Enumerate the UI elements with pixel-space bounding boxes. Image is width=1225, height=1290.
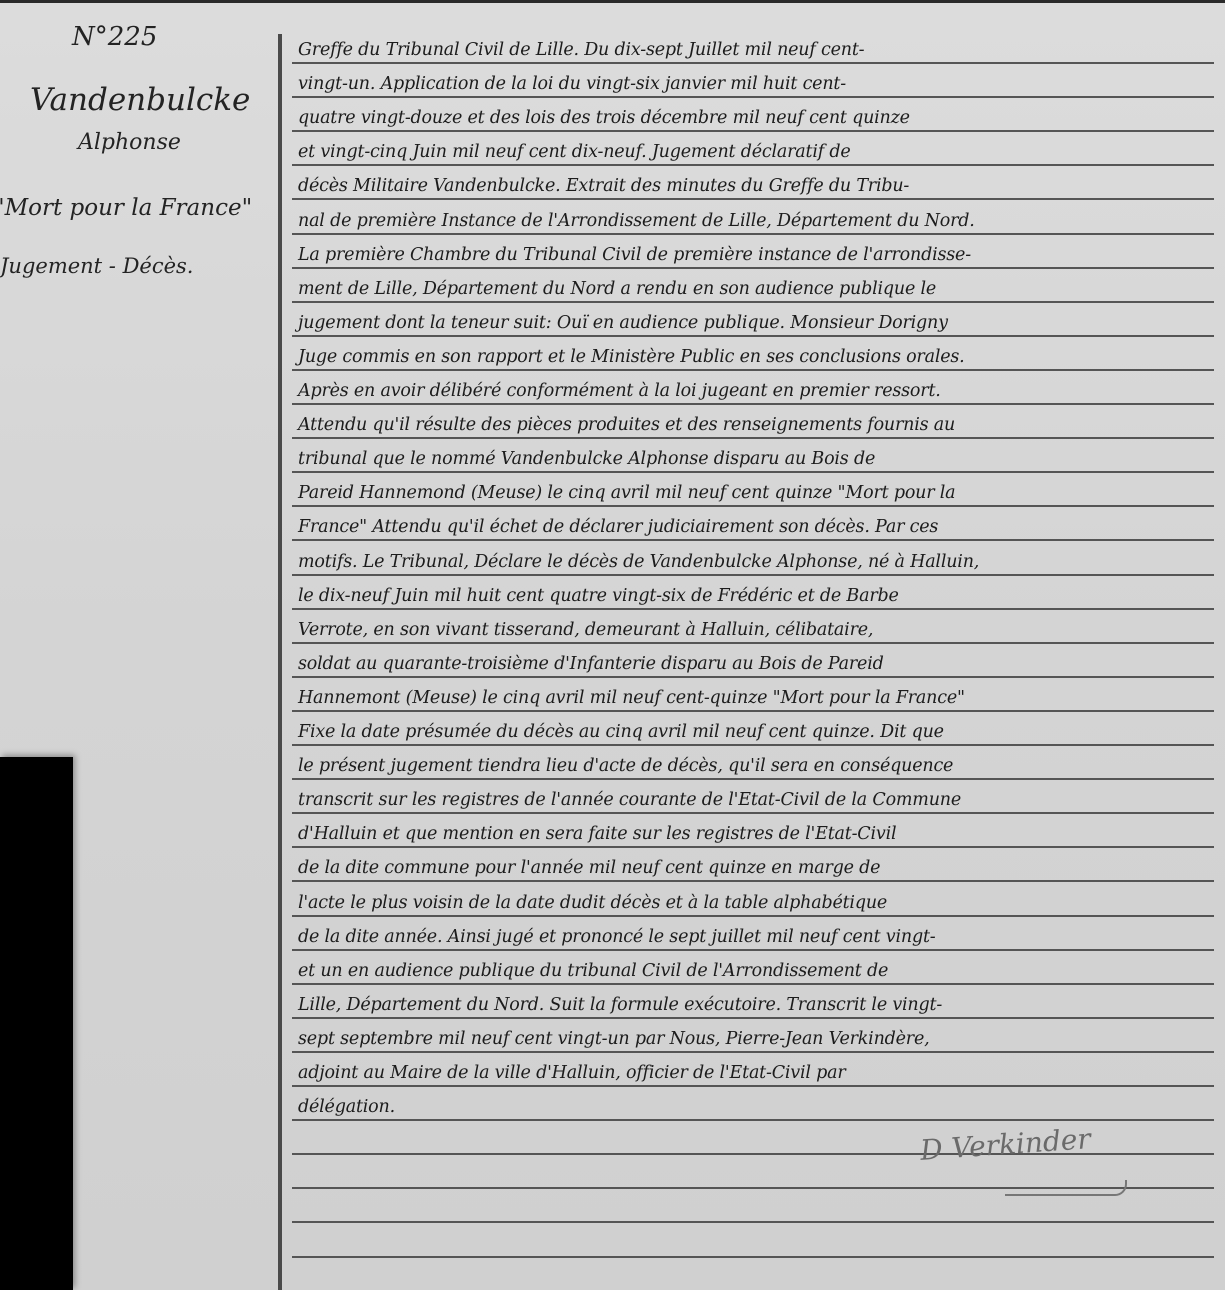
act-type: Jugement - Décès. — [0, 254, 193, 278]
text-line: délégation. — [292, 1087, 1214, 1121]
line-text: Verrote, en son vivant tisserand, demeur… — [298, 620, 873, 640]
text-line: ment de Lille, Département du Nord a ren… — [292, 269, 1214, 303]
text-line: La première Chambre du Tribunal Civil de… — [292, 235, 1214, 269]
line-text: Hannemont (Meuse) le cinq avril mil neuf… — [298, 688, 965, 708]
line-text: le dix-neuf Juin mil huit cent quatre vi… — [298, 586, 899, 606]
line-text: le présent jugement tiendra lieu d'acte … — [298, 756, 953, 776]
text-line: Juge commis en son rapport et le Ministè… — [292, 337, 1214, 371]
text-line: d'Halluin et que mention en sera faite s… — [292, 814, 1214, 848]
line-text: quatre vingt-douze et des lois des trois… — [298, 108, 910, 128]
line-text: et un en audience publique du tribunal C… — [298, 961, 888, 981]
line-text: Pareid Hannemond (Meuse) le cinq avril m… — [298, 483, 955, 503]
text-line: Hannemont (Meuse) le cinq avril mil neuf… — [292, 678, 1214, 712]
text-line: le dix-neuf Juin mil huit cent quatre vi… — [292, 576, 1214, 610]
scan-redaction-block — [0, 757, 73, 1290]
text-line: quatre vingt-douze et des lois des trois… — [292, 98, 1214, 132]
margin-rule — [278, 34, 282, 1290]
text-line: de la dite commune pour l'année mil neuf… — [292, 848, 1214, 882]
line-text: et vingt-cinq Juin mil neuf cent dix-neu… — [298, 142, 851, 162]
text-line: adjoint au Maire de la ville d'Halluin, … — [292, 1053, 1214, 1087]
line-text: Après en avoir délibéré conformément à l… — [298, 381, 941, 401]
line-text: Attendu qu'il résulte des pièces produit… — [298, 415, 955, 435]
text-line: motifs. Le Tribunal, Déclare le décès de… — [292, 542, 1214, 576]
line-text: Greffe du Tribunal Civil de Lille. Du di… — [298, 40, 864, 60]
line-text: de la dite année. Ainsi jugé et prononcé… — [298, 927, 936, 947]
text-line: Verrote, en son vivant tisserand, demeur… — [292, 610, 1214, 644]
text-line: Attendu qu'il résulte des pièces produit… — [292, 405, 1214, 439]
line-text: France" Attendu qu'il échet de déclarer … — [298, 517, 938, 537]
line-text: transcrit sur les registres de l'année c… — [298, 790, 961, 810]
register-page: N°225 Vandenbulcke Alphonse "Mort pour l… — [0, 0, 1225, 1290]
text-line: transcrit sur les registres de l'année c… — [292, 780, 1214, 814]
text-line: décès Militaire Vandenbulcke. Extrait de… — [292, 166, 1214, 200]
line-text: sept septembre mil neuf cent vingt-un pa… — [298, 1029, 930, 1049]
line-text: tribunal que le nommé Vandenbulcke Alpho… — [298, 449, 875, 469]
line-text: Juge commis en son rapport et le Ministè… — [298, 347, 965, 367]
line-text: décès Militaire Vandenbulcke. Extrait de… — [298, 176, 909, 196]
text-line: Pareid Hannemond (Meuse) le cinq avril m… — [292, 473, 1214, 507]
text-line: France" Attendu qu'il échet de déclarer … — [292, 507, 1214, 541]
line-text: l'acte le plus voisin de la date dudit d… — [298, 893, 887, 913]
line-text: jugement dont la teneur suit: Ouï en aud… — [298, 313, 948, 333]
text-line: soldat au quarante-troisième d'Infanteri… — [292, 644, 1214, 678]
line-text: ment de Lille, Département du Nord a ren… — [298, 279, 936, 299]
act-number: N°225 — [72, 22, 157, 52]
text-line: nal de première Instance de l'Arrondisse… — [292, 201, 1214, 235]
text-line: Greffe du Tribunal Civil de Lille. Du di… — [292, 30, 1214, 64]
text-line: sept septembre mil neuf cent vingt-un pa… — [292, 1019, 1214, 1053]
act-body: Greffe du Tribunal Civil de Lille. Du di… — [292, 0, 1225, 1290]
line-text: Lille, Département du Nord. Suit la form… — [298, 995, 942, 1015]
line-text: nal de première Instance de l'Arrondisse… — [298, 211, 975, 231]
signature-flourish — [1005, 1180, 1127, 1196]
line-text: d'Halluin et que mention en sera faite s… — [298, 824, 896, 844]
line-text: motifs. Le Tribunal, Déclare le décès de… — [298, 552, 979, 572]
text-line: et un en audience publique du tribunal C… — [292, 951, 1214, 985]
line-text: soldat au quarante-troisième d'Infanteri… — [298, 654, 884, 674]
text-line: de la dite année. Ainsi jugé et prononcé… — [292, 917, 1214, 951]
text-line: le présent jugement tiendra lieu d'acte … — [292, 746, 1214, 780]
line-text: La première Chambre du Tribunal Civil de… — [298, 245, 971, 265]
line-text: de la dite commune pour l'année mil neuf… — [298, 858, 880, 878]
text-line: tribunal que le nommé Vandenbulcke Alpho… — [292, 439, 1214, 473]
text-line: et vingt-cinq Juin mil neuf cent dix-neu… — [292, 132, 1214, 166]
line-text: délégation. — [298, 1097, 395, 1117]
mort-pour-la-france-mention: "Mort pour la France" — [0, 195, 252, 221]
line-text: vingt-un. Application de la loi du vingt… — [298, 74, 846, 94]
deceased-firstname: Alphonse — [78, 130, 181, 155]
text-line — [292, 1224, 1214, 1258]
deceased-surname: Vandenbulcke — [30, 82, 250, 118]
line-text: adjoint au Maire de la ville d'Halluin, … — [298, 1063, 846, 1083]
text-line: Après en avoir délibéré conformément à l… — [292, 371, 1214, 405]
text-line: Fixe la date présumée du décès au cinq a… — [292, 712, 1214, 746]
text-line: Lille, Département du Nord. Suit la form… — [292, 985, 1214, 1019]
text-line: l'acte le plus voisin de la date dudit d… — [292, 883, 1214, 917]
text-line: vingt-un. Application de la loi du vingt… — [292, 64, 1214, 98]
text-line: jugement dont la teneur suit: Ouï en aud… — [292, 303, 1214, 337]
line-text: Fixe la date présumée du décès au cinq a… — [298, 722, 944, 742]
